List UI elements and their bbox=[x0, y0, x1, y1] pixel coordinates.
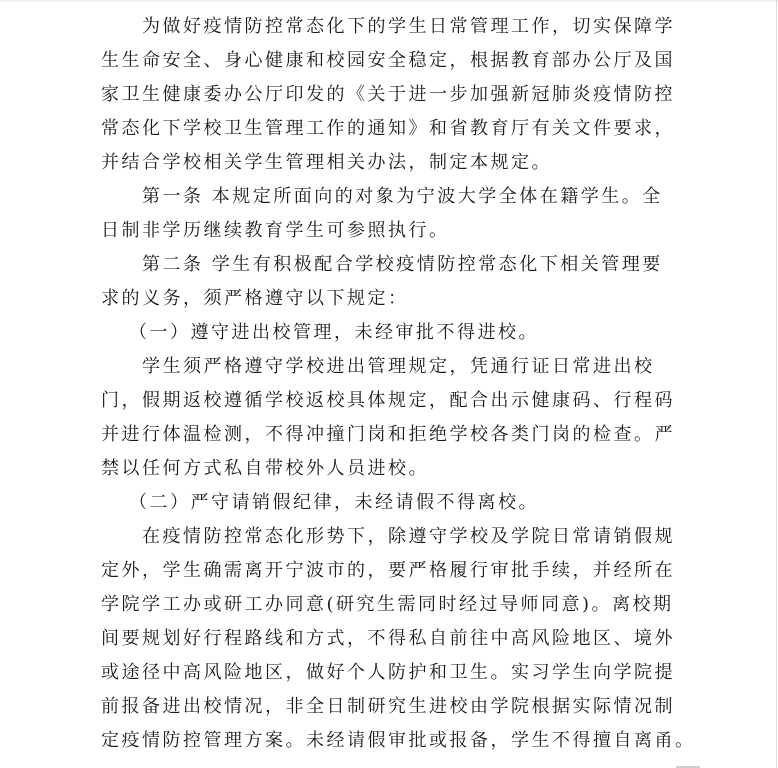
text-line: 在疫情防控常态化形势下，除遵守学校及学院日常请销假规 bbox=[101, 520, 701, 554]
section-2-body: 在疫情防控常态化形势下，除遵守学校及学院日常请销假规 定外，学生确需离开宁波市的… bbox=[101, 520, 701, 758]
page-right-edge bbox=[776, 0, 777, 768]
text-line: 禁以任何方式私自带校外人员进校。 bbox=[101, 452, 701, 486]
text-line: 并进行体温检测，不得冲撞门岗和拒绝学校各类门岗的检查。严 bbox=[101, 418, 701, 452]
text-line: 求的义务，须严格遵守以下规定： bbox=[101, 282, 701, 316]
text-line: 生生命安全、身心健康和校园安全稳定，根据教育部办公厅及国 bbox=[101, 44, 701, 78]
paragraph-article-2: 第二条 学生有积极配合学校疫情防控常态化下相关管理要 求的义务，须严格遵守以下规… bbox=[101, 248, 701, 316]
text-line: 门，假期返校遵循学校返校具体规定，配合出示健康码、行程码 bbox=[101, 384, 701, 418]
text-line: 学院学工办或研工办同意(研究生需同时经过导师同意)。离校期 bbox=[101, 588, 701, 622]
text-line: 第二条 学生有积极配合学校疫情防控常态化下相关管理要 bbox=[101, 248, 701, 282]
text-line: 第一条 本规定所面向的对象为宁波大学全体在籍学生。全 bbox=[101, 180, 701, 214]
text-line: 或途径中高风险地区，做好个人防护和卫生。实习学生向学院提 bbox=[101, 656, 701, 690]
text-line: 学生须严格遵守学校进出管理规定，凭通行证日常进出校 bbox=[101, 350, 701, 384]
page-top-edge bbox=[0, 0, 778, 2]
section-1-body: 学生须严格遵守学校进出管理规定，凭通行证日常进出校 门，假期返校遵循学校返校具体… bbox=[101, 350, 701, 486]
text-line: 前报备进出校情况，非全日制研究生进校由学院根据实际情况制 bbox=[101, 690, 701, 724]
text-line: 家卫生健康委办公厅印发的《关于进一步加强新冠肺炎疫情防控 bbox=[101, 78, 701, 112]
text-line: 常态化下学校卫生管理工作的通知》和省教育厅有关文件要求， bbox=[101, 112, 701, 146]
text-line: 并结合学校相关学生管理相关办法，制定本规定。 bbox=[101, 146, 701, 180]
paragraph-article-1: 第一条 本规定所面向的对象为宁波大学全体在籍学生。全 日制非学历继续教育学生可参… bbox=[101, 180, 701, 248]
text-line: 间要规划好行程路线和方式，不得私自前往中高风险地区、境外 bbox=[101, 622, 701, 656]
section-2-heading: （二）严守请销假纪律，未经请假不得离校。 bbox=[101, 486, 701, 520]
text-line: 定外，学生确需离开宁波市的，要严格履行审批手续，并经所在 bbox=[101, 554, 701, 588]
document-page: 为做好疫情防控常态化下的学生日常管理工作，切实保障学 生生命安全、身心健康和校园… bbox=[101, 10, 701, 758]
text-line: （一）遵守进出校管理，未经审批不得进校。 bbox=[101, 316, 701, 350]
text-line: 为做好疫情防控常态化下的学生日常管理工作，切实保障学 bbox=[101, 10, 701, 44]
section-1-heading: （一）遵守进出校管理，未经审批不得进校。 bbox=[101, 316, 701, 350]
text-line: 日制非学历继续教育学生可参照执行。 bbox=[101, 214, 701, 248]
paragraph-preamble: 为做好疫情防控常态化下的学生日常管理工作，切实保障学 生生命安全、身心健康和校园… bbox=[101, 10, 701, 180]
text-line: （二）严守请销假纪律，未经请假不得离校。 bbox=[101, 486, 701, 520]
text-line: 定疫情防控管理方案。未经请假审批或报备，学生不得擅自离甬。 bbox=[101, 724, 701, 758]
